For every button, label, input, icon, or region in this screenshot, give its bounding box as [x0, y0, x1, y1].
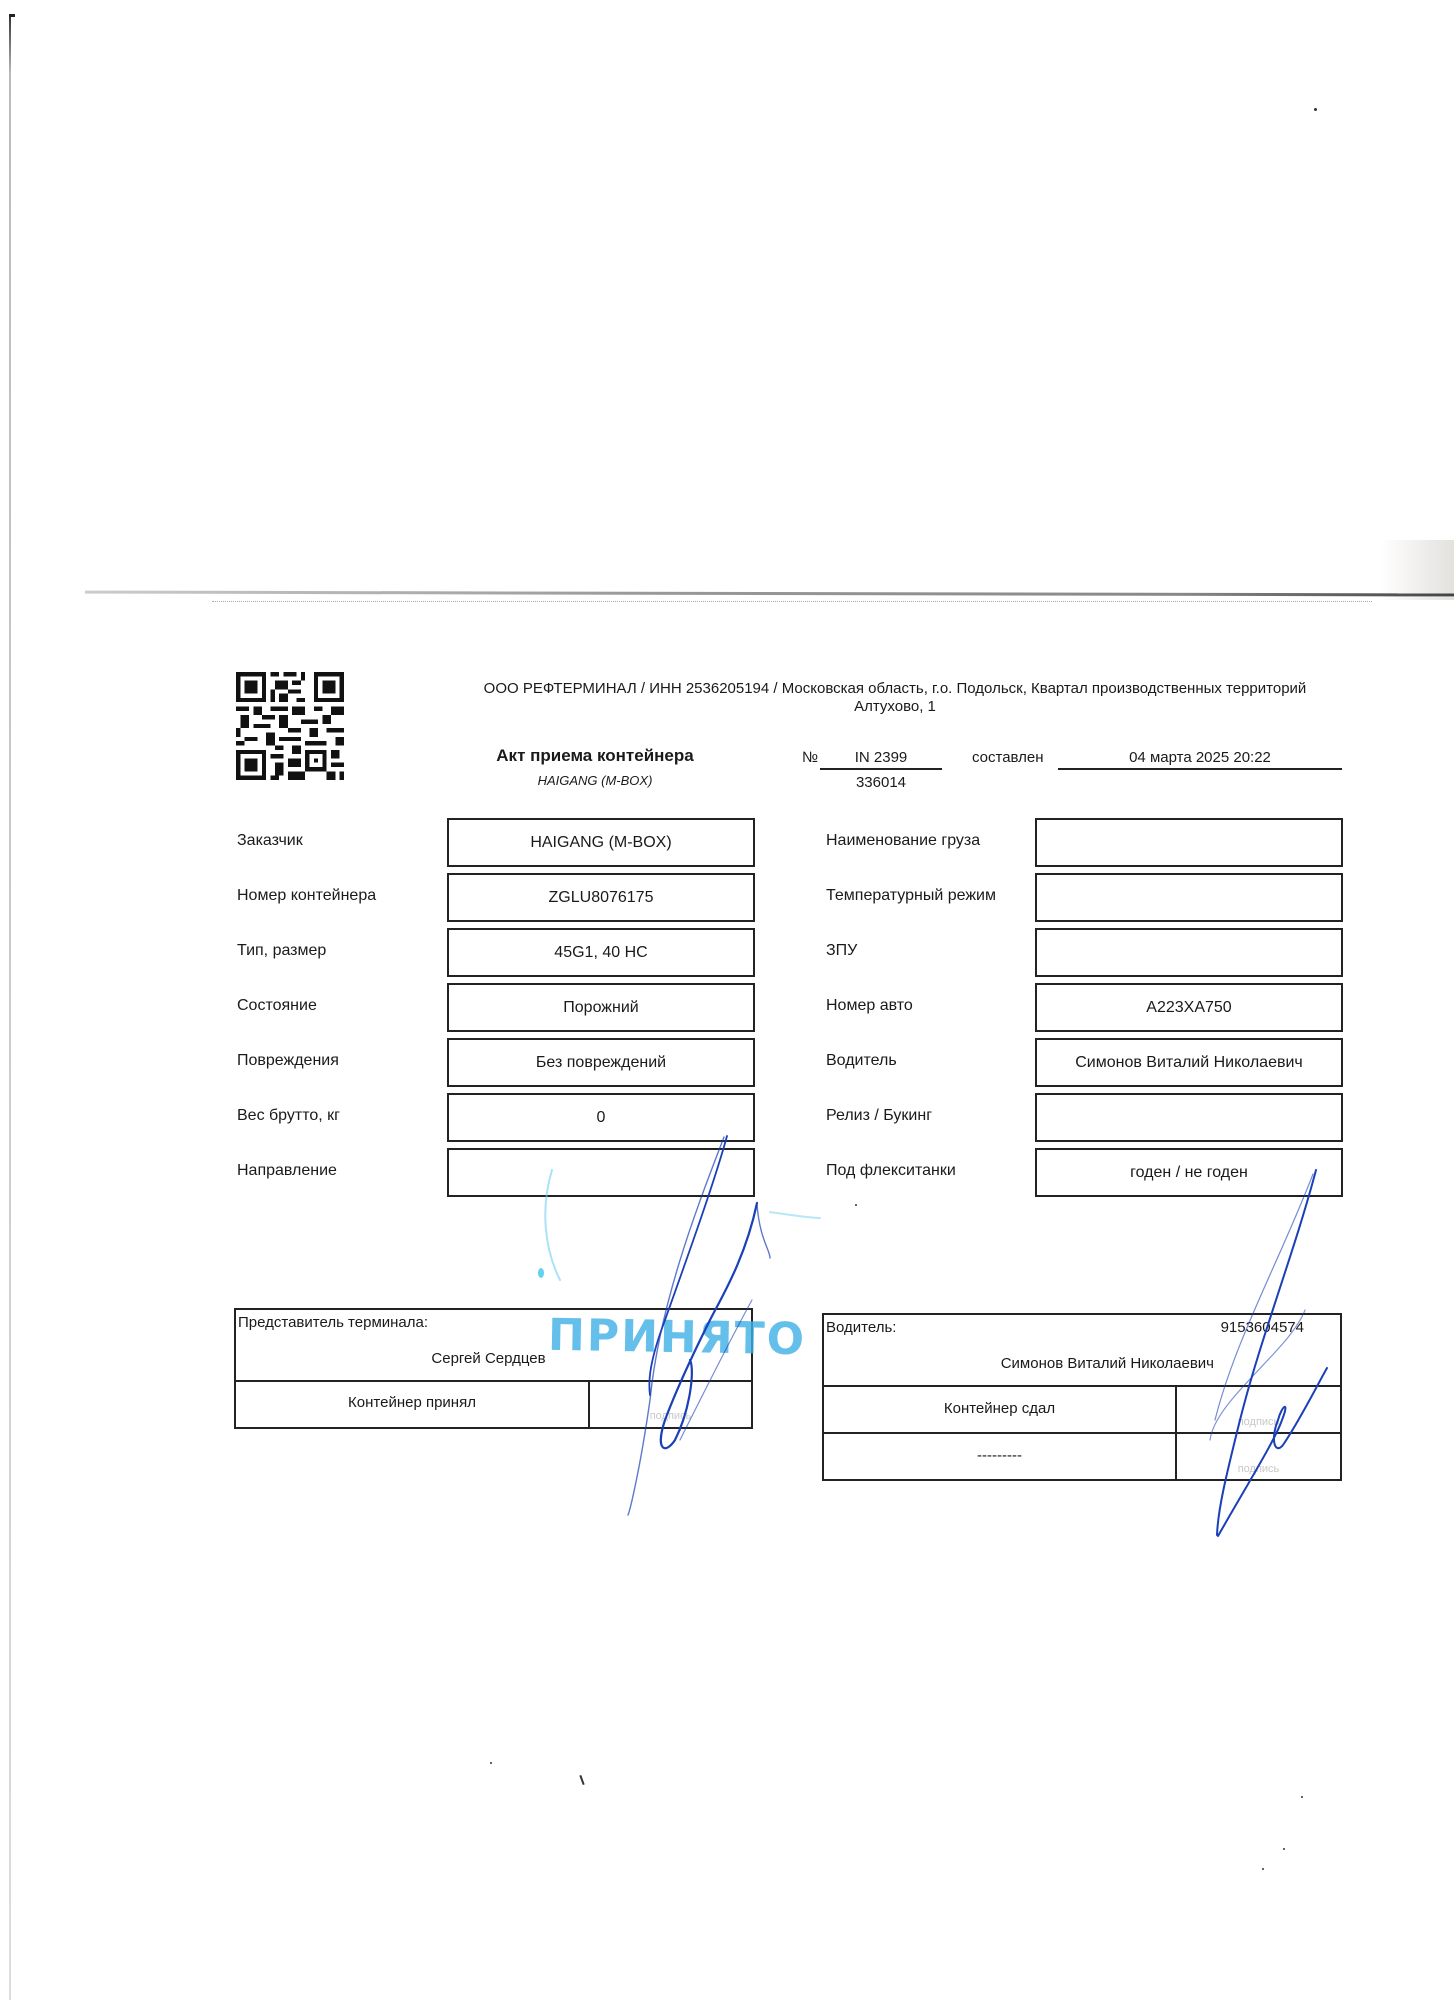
qr-code-icon — [236, 672, 344, 780]
company-line-1: ООО РЕФТЕРМИНАЛ / ИНН 2536205194 / Моско… — [440, 680, 1350, 698]
left-field-value — [447, 1148, 755, 1197]
left-field-value: HAIGANG (M-BOX) — [447, 818, 755, 867]
right-label: Наименование груза — [826, 832, 980, 850]
speck — [1262, 1868, 1264, 1870]
company-line-2: Алтухово, 1 — [440, 698, 1350, 716]
signature-placeholder: подпись — [1177, 1416, 1340, 1428]
right-field-value: Симонов Виталий Николаевич — [1035, 1038, 1343, 1087]
driver-phone: 9153604574 — [1221, 1319, 1304, 1336]
left-label: Повреждения — [237, 1052, 339, 1070]
second-row-value: --------- — [824, 1447, 1175, 1464]
speck — [855, 1204, 857, 1206]
right-label: Номер авто — [826, 997, 913, 1015]
left-field-value: ZGLU8076175 — [447, 873, 755, 922]
perforation-line — [212, 601, 1372, 604]
left-label: Тип, размер — [237, 942, 326, 960]
right-field-value — [1035, 873, 1343, 922]
right-field-value — [1035, 818, 1343, 867]
driver-signature-table: Водитель: 9153604574 Симонов Виталий Ник… — [822, 1313, 1342, 1481]
document-number-sub: 336014 — [820, 774, 942, 791]
container-handed-label: Контейнер сдал — [824, 1400, 1175, 1417]
scan-edge — [9, 14, 11, 2000]
speck — [490, 1762, 492, 1764]
right-field-value — [1035, 1093, 1343, 1142]
speck — [579, 1775, 584, 1785]
document-subtitle: HAIGANG (M-BOX) — [460, 773, 730, 788]
left-field-value: 0 — [447, 1093, 755, 1142]
driver-heading: Водитель: — [826, 1319, 896, 1336]
left-field-value: Порожний — [447, 983, 755, 1032]
right-field-value: А223ХА750 — [1035, 983, 1343, 1032]
speck — [1283, 1848, 1285, 1850]
composed-label: составлен — [972, 749, 1044, 766]
right-label: Водитель — [826, 1052, 897, 1070]
driver-name: Симонов Виталий Николаевич — [824, 1355, 1214, 1372]
container-accepted-label: Контейнер принял — [236, 1394, 588, 1411]
left-label: Направление — [237, 1162, 337, 1180]
signature-placeholder: подпись — [590, 1410, 751, 1422]
right-label: ЗПУ — [826, 942, 857, 960]
right-field-value — [1035, 928, 1343, 977]
number-sign: № — [802, 749, 818, 766]
right-label: Под флекситанки — [826, 1162, 956, 1180]
left-field-value: Без повреждений — [447, 1038, 755, 1087]
signature-placeholder: подпись — [1177, 1463, 1340, 1475]
terminal-heading: Представитель терминала: — [238, 1314, 428, 1331]
left-field-value: 45G1, 40 HC — [447, 928, 755, 977]
speck — [1301, 1796, 1303, 1798]
left-label: Состояние — [237, 997, 317, 1015]
right-label: Температурный режим — [826, 887, 996, 905]
right-label: Релиз / Букинг — [826, 1107, 932, 1125]
right-field-value: годен / не годен — [1035, 1148, 1343, 1197]
document-title: Акт приема контейнера — [460, 746, 730, 766]
speck — [1314, 108, 1317, 111]
accepted-stamp: ПРИНЯТО — [548, 1310, 807, 1365]
fold-shadow — [1380, 540, 1454, 600]
document-date: 04 марта 2025 20:22 — [1058, 749, 1342, 770]
left-label: Номер контейнера — [237, 887, 376, 905]
document-number: IN 2399 — [820, 749, 942, 770]
paper-fold-line — [85, 591, 1454, 597]
company-info: ООО РЕФТЕРМИНАЛ / ИНН 2536205194 / Моско… — [440, 680, 1350, 716]
scan-corner-mark — [9, 14, 15, 17]
left-label: Заказчик — [237, 832, 303, 850]
left-label: Вес брутто, кг — [237, 1107, 340, 1125]
